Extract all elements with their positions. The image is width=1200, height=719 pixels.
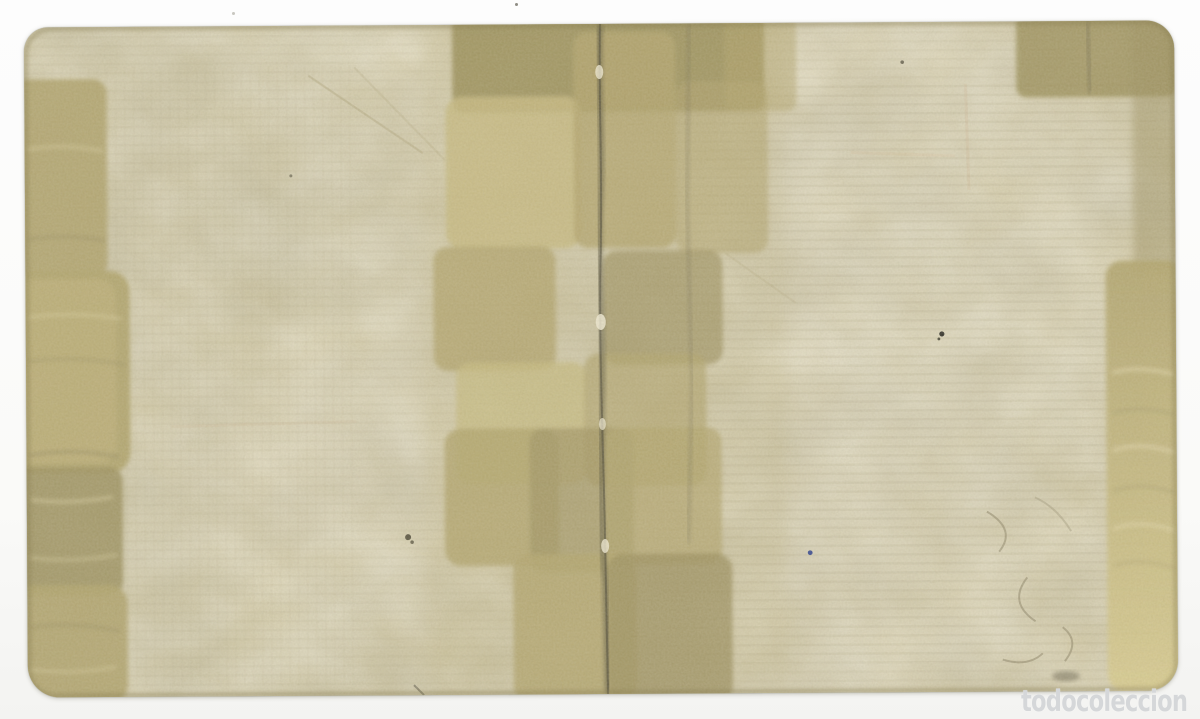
- scan-background: todocoleccion: [0, 0, 1200, 719]
- dust-speck: [515, 3, 518, 6]
- paper-artwork: [24, 20, 1178, 697]
- banknote-paper: [24, 20, 1178, 697]
- watermark-text: todocoleccion: [1021, 687, 1187, 716]
- dust-speck: [232, 12, 235, 15]
- paper-grain-texture: [24, 20, 1178, 697]
- grain-light: [24, 20, 1178, 697]
